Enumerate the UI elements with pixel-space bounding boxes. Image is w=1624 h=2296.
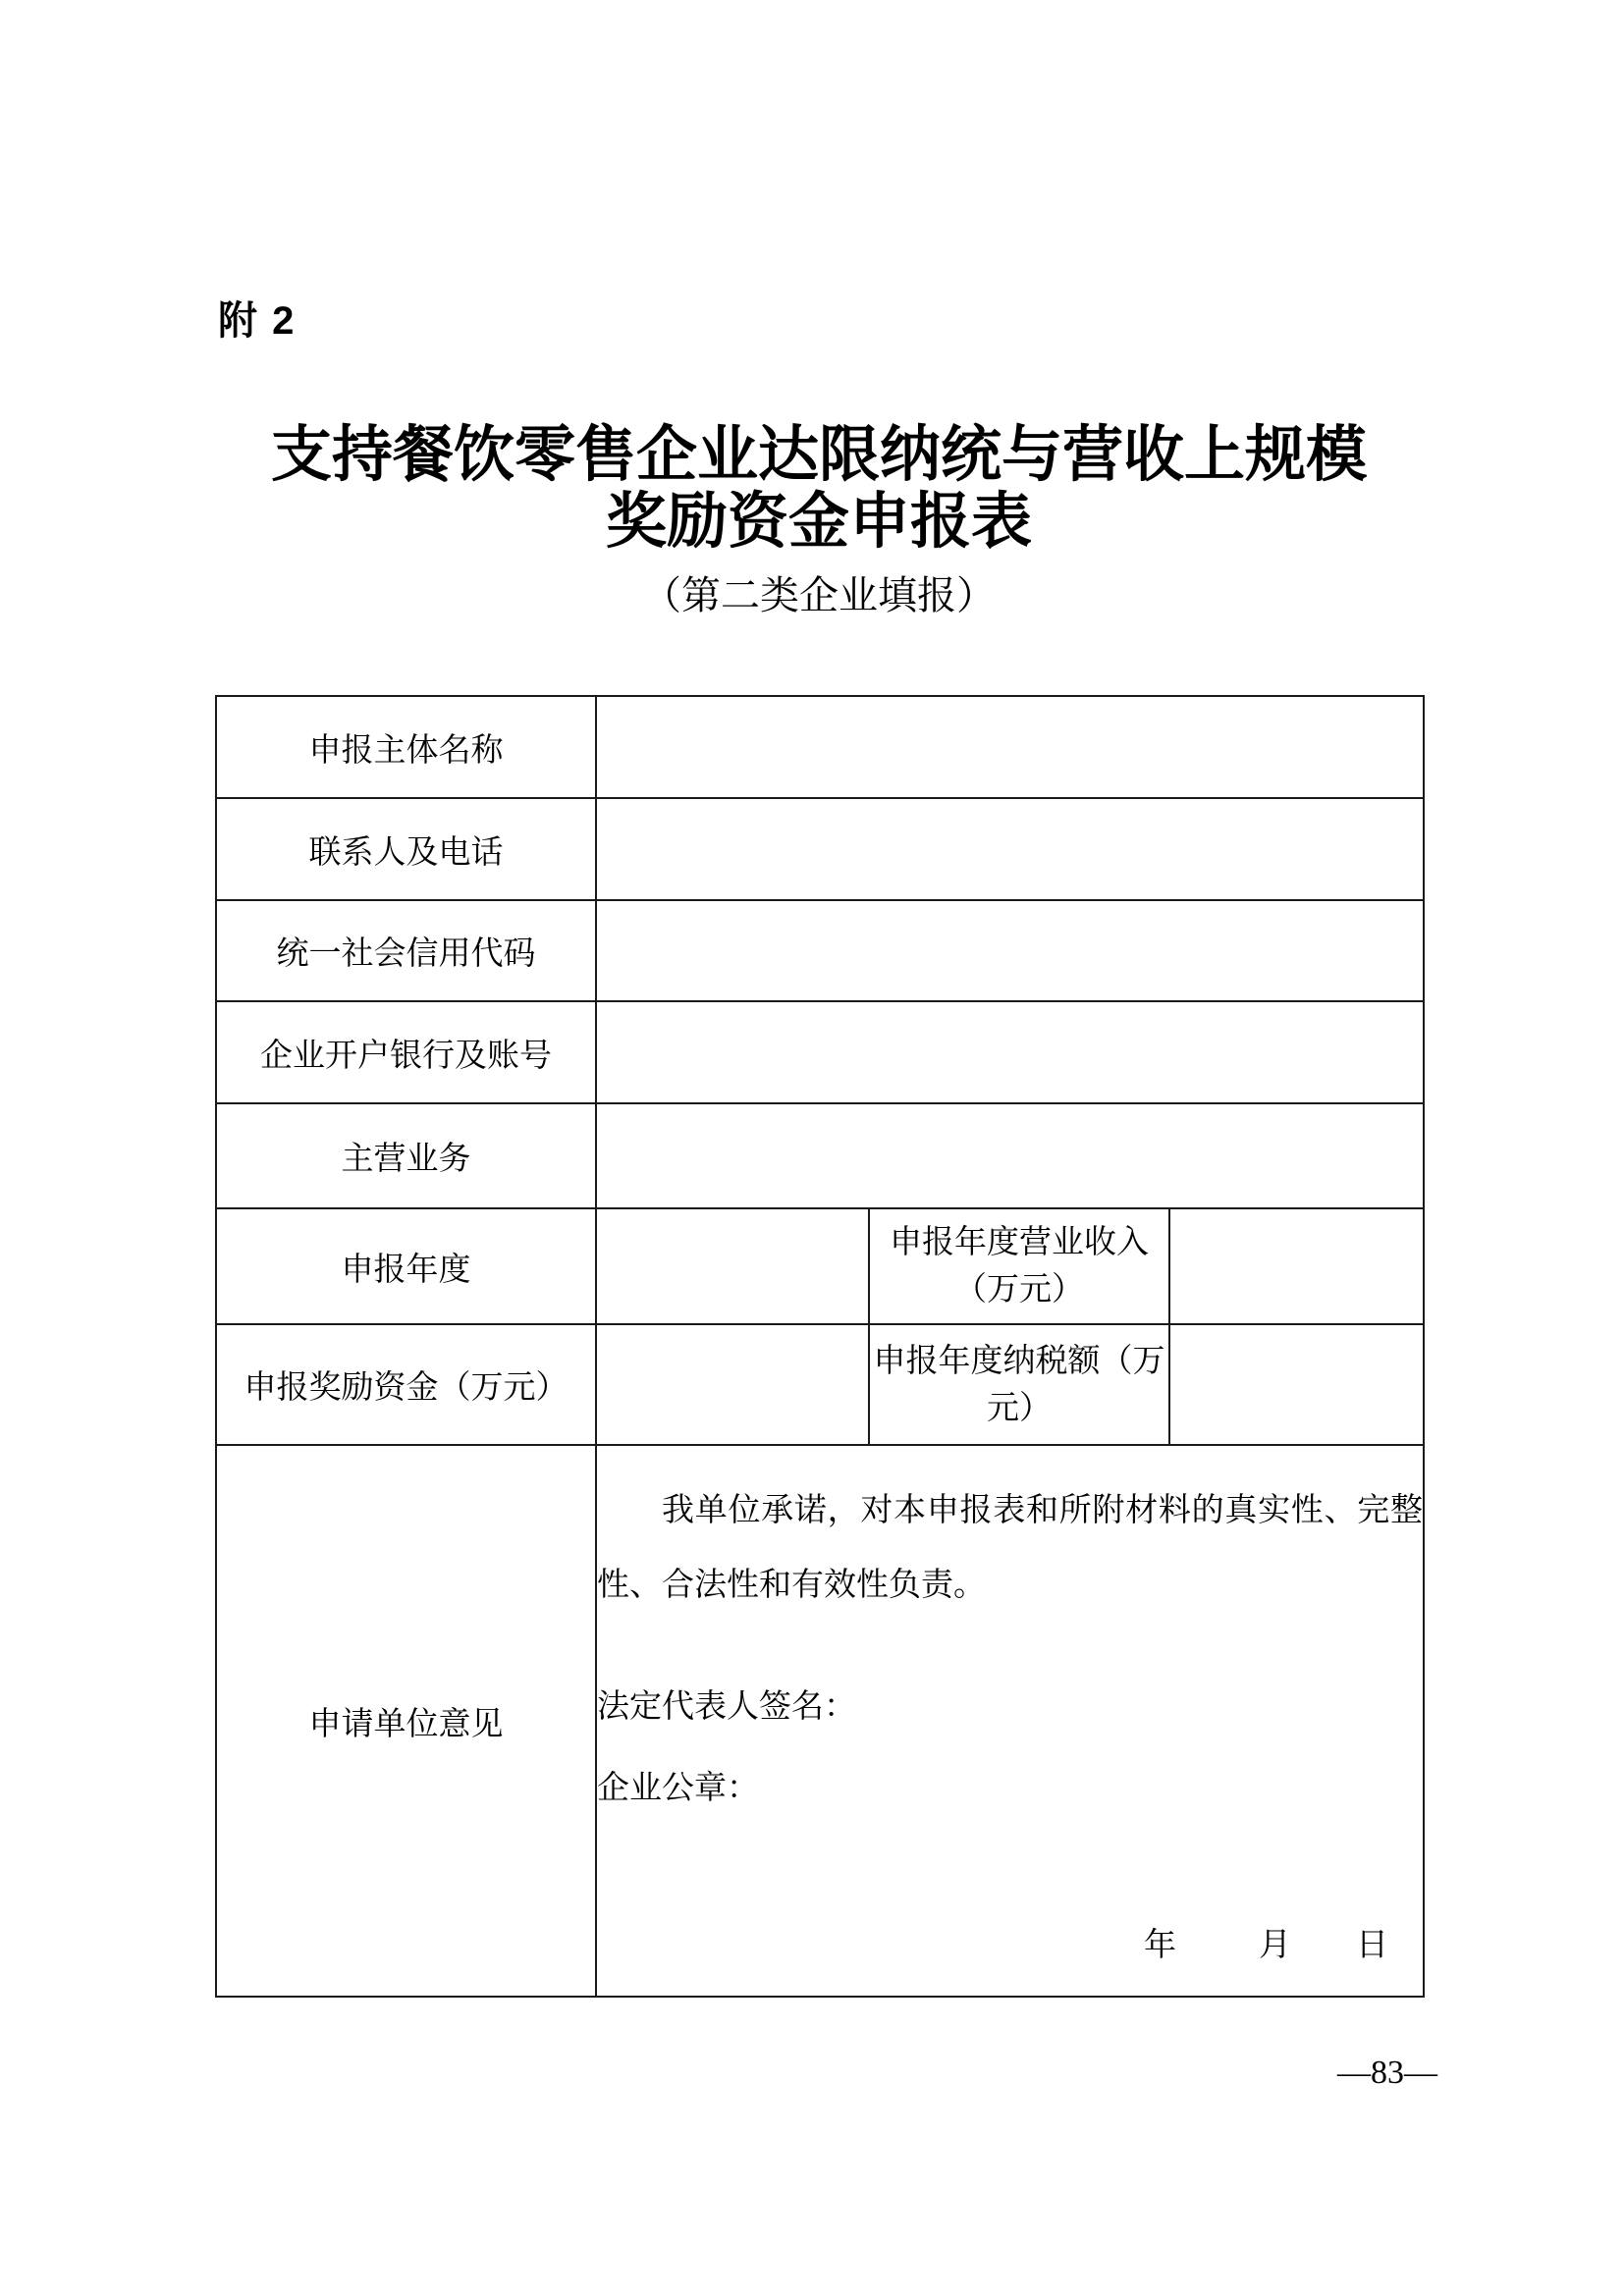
row-label-annual-revenue: 申报年度营业收入（万元） [869, 1208, 1169, 1324]
table-row-unit-opinion: 申请单位意见 我单位承诺，对本申报表和所附材料的真实性、完整性、合法性和有效性负… [216, 1445, 1424, 1997]
document-page: 附 2 支持餐饮零售企业达限纳统与营收上规模 奖励资金申报表 （第二类企业填报）… [0, 0, 1624, 2296]
application-form-table: 申报主体名称 联系人及电话 统一社会信用代码 企业开户银行及账号 主营业务 申报… [215, 695, 1425, 1998]
page-title-line-2: 奖励资金申报表 [215, 489, 1423, 556]
input-cell-application-year[interactable] [596, 1208, 869, 1324]
input-cell-applicant-name[interactable] [596, 696, 1424, 798]
date-year-label: 年 [1144, 1928, 1176, 1963]
page-title: 支持餐饮零售企业达限纳统与营收上规模 奖励资金申报表 [215, 422, 1423, 556]
table-row-credit-code: 统一社会信用代码 [216, 900, 1424, 1001]
attachment-label: 附 2 [218, 298, 296, 344]
input-cell-main-business[interactable] [596, 1103, 1424, 1208]
input-cell-annual-revenue[interactable] [1169, 1208, 1424, 1324]
table-row-main-business: 主营业务 [216, 1103, 1424, 1208]
table-row-contact: 联系人及电话 [216, 798, 1424, 900]
row-label-contact: 联系人及电话 [216, 798, 596, 900]
row-label-application-year: 申报年度 [216, 1208, 596, 1324]
page-title-line-1: 支持餐饮零售企业达限纳统与营收上规模 [215, 422, 1423, 489]
signature-label: 法定代表人签名： [597, 1670, 1423, 1744]
table-row-application-year: 申报年度 申报年度营业收入（万元） [216, 1208, 1424, 1324]
row-label-applicant-name: 申报主体名称 [216, 696, 596, 798]
date-line: 年月日 [597, 1908, 1423, 1983]
input-cell-annual-tax[interactable] [1169, 1324, 1424, 1445]
page-number: —83— [1337, 2054, 1437, 2093]
input-cell-credit-code[interactable] [596, 900, 1424, 1001]
input-cell-contact[interactable] [596, 798, 1424, 900]
commitment-text: 我单位承诺，对本申报表和所附材料的真实性、完整性、合法性和有效性负责。 [597, 1473, 1423, 1623]
input-cell-reward-amount[interactable] [596, 1324, 869, 1445]
row-label-credit-code: 统一社会信用代码 [216, 900, 596, 1001]
table-row-applicant-name: 申报主体名称 [216, 696, 1424, 798]
row-label-reward-amount: 申报奖励资金（万元） [216, 1324, 596, 1445]
unit-opinion-cell: 我单位承诺，对本申报表和所附材料的真实性、完整性、合法性和有效性负责。 法定代表… [596, 1445, 1424, 1997]
date-month-label: 月 [1259, 1928, 1291, 1963]
table-row-reward-amount: 申报奖励资金（万元） 申报年度纳税额（万元） [216, 1324, 1424, 1445]
input-cell-bank-account[interactable] [596, 1001, 1424, 1103]
table-row-bank-account: 企业开户银行及账号 [216, 1001, 1424, 1103]
row-label-unit-opinion: 申请单位意见 [216, 1445, 596, 1997]
page-subtitle: （第二类企业填报） [215, 573, 1423, 618]
row-label-bank-account: 企业开户银行及账号 [216, 1001, 596, 1103]
seal-label: 企业公章： [597, 1751, 1423, 1826]
row-label-main-business: 主营业务 [216, 1103, 596, 1208]
row-label-annual-tax: 申报年度纳税额（万元） [869, 1324, 1169, 1445]
date-day-label: 日 [1356, 1928, 1388, 1963]
